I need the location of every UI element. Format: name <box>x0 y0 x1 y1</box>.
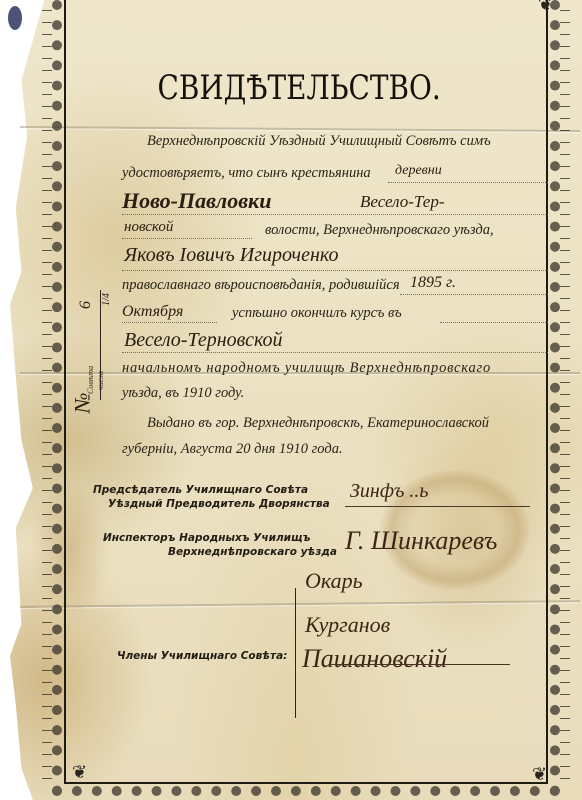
fill-line <box>122 214 548 215</box>
inspector-label-line-2: Верхнеднѣпровскаго уѣзда <box>168 546 337 558</box>
handwritten-school: Весело-Терновской <box>124 329 283 352</box>
handwritten-birth-month: Октября <box>122 303 183 321</box>
signature-flourish <box>330 664 510 665</box>
stub-label-council: Совѣта <box>86 366 95 394</box>
handwritten-village: Ново-Павловки <box>122 188 271 214</box>
chair-label-line-2: Уѣздный Предводитель Дворянства <box>108 498 330 510</box>
chair-signature: Зинфъ ..ь <box>350 480 429 503</box>
fill-line <box>388 182 548 183</box>
fill-line <box>122 238 252 239</box>
stub-value-bottom: 1/4 <box>101 293 112 306</box>
members-divider <box>295 588 296 718</box>
ink-blot <box>8 6 22 30</box>
fill-line <box>122 270 548 271</box>
body-line-6: начальномъ народномъ училищѣ Верхнеднѣпр… <box>122 360 491 377</box>
handwritten-volost-cont: новской <box>124 219 173 236</box>
members-label: Члены Училищнаго Совѣта: <box>117 650 287 662</box>
border-tick-left <box>42 0 52 780</box>
handwritten-birth-year: 1895 г. <box>410 274 456 292</box>
body-line-7: уѣзда, въ 1910 году. <box>122 385 244 402</box>
body-line-4: православнаго вѣроисповѣданія, родившійс… <box>122 277 400 294</box>
fleur-ornament-icon: ❦ <box>72 762 87 783</box>
document-title: СВИДѢТЕЛЬСТВО. <box>60 68 537 108</box>
fleur-ornament-icon: ❦ <box>532 764 547 785</box>
signature-line <box>345 506 530 507</box>
body-line-1: Верхнеднѣпровскій Уѣздный Училищный Совѣ… <box>147 133 491 150</box>
fleur-ornament-icon: ❦ <box>538 0 553 15</box>
fill-line <box>122 322 217 323</box>
chair-label-line-1: Предсѣдатель Училищнаго Совѣта <box>93 484 308 496</box>
handwritten-name: Яковъ Іовичъ Игироченко <box>124 244 338 267</box>
body-line-2: удостовѣряетъ, что сынъ крестьянина <box>122 165 371 182</box>
member-signature-1: Окарь <box>305 568 363 594</box>
handwritten-village-prefix: деревни <box>395 163 442 179</box>
body-line-3: волости, Верхнеднѣпровскаго уѣзда, <box>265 222 494 239</box>
border-tick-right <box>560 0 570 780</box>
fill-line <box>122 352 548 353</box>
fill-line <box>440 322 548 323</box>
member-signature-2: Курганов <box>305 612 390 638</box>
inspector-label-line-1: Инспекторъ Народныхъ Училищъ <box>103 532 311 544</box>
stub-value-top: 6 <box>77 301 95 309</box>
body-line-9: губерніи, Августа 20 дня 1910 года. <box>122 441 343 458</box>
fill-line <box>400 294 548 295</box>
body-line-5: успѣшно окончилъ курсъ въ <box>232 305 402 322</box>
stub-number-sign: № <box>69 393 95 414</box>
member-signature-3: Пашановскій <box>302 644 447 674</box>
handwritten-volost: Весело-Тер- <box>360 192 444 212</box>
register-stub: Совѣта числа № 6 1/4 <box>60 290 120 440</box>
inspector-signature: Г. Шинкаревъ <box>345 526 497 556</box>
body-line-8: Выдано въ гор. Верхнеднѣпровскѣ, Екатери… <box>147 415 489 432</box>
stub-label-number: числа <box>96 371 105 390</box>
